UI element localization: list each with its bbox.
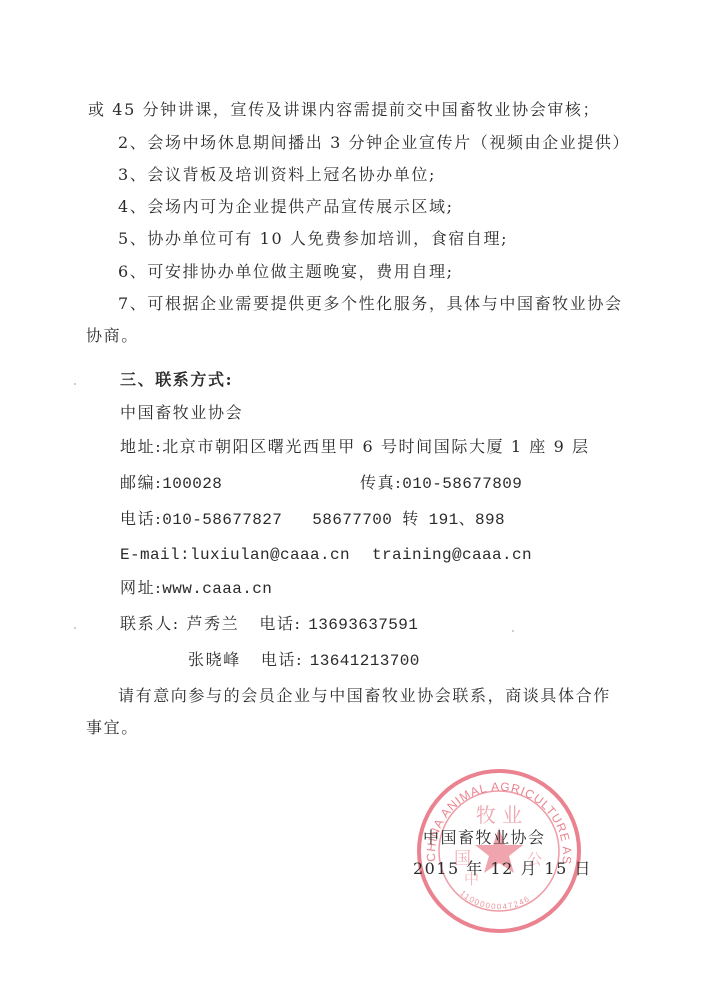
contact-phone-label-1: 电话: (259, 614, 301, 633)
postcode-label: 邮编: (120, 473, 162, 492)
email-row: E-mail:luxiulan@caaa.cn (120, 545, 350, 565)
fax-value: 010-58677809 (402, 475, 522, 493)
signature-date: 2015 年 12 月 15 日 (413, 856, 592, 879)
address-label: 地址: (120, 437, 162, 456)
benefit-item-5: 5、协办单位可有 10 人免费参加培训，食宿自理; (118, 229, 508, 249)
contact-person-row-2: 张晓峰 电话: 13641213700 (188, 650, 420, 671)
website-label: 网址: (120, 578, 162, 597)
fax-label: 传真: (360, 473, 402, 492)
contact-heading: 三、联系方式: (120, 370, 233, 390)
contact-name-1: 芦秀兰 (186, 614, 239, 633)
contact-phone-1: 13693637591 (308, 616, 418, 634)
benefit-item-2: 2、会场中场休息期间播出 3 分钟企业宣传片（视频由企业提供） (118, 133, 630, 153)
phone-value: 010-58677827 58677700 转 191、898 (162, 511, 505, 529)
contact-name-2: 张晓峰 (188, 650, 241, 669)
website-link[interactable]: www.caaa.cn (162, 580, 272, 598)
scan-speck (74, 627, 76, 629)
postcode-row: 邮编:100028 (120, 473, 222, 494)
contact-person-row-1: 联系人: 芦秀兰 电话: 13693637591 (120, 614, 418, 635)
phone-label: 电话: (120, 509, 162, 528)
signature-organization: 中国畜牧业协会 (423, 825, 546, 848)
scan-speck (512, 630, 514, 632)
benefit-item-3: 3、会议背板及培训资料上冠名协办单位; (118, 165, 436, 185)
address-row: 地址:北京市朝阳区曙光西里甲 6 号时间国际大厦 1 座 9 层 (120, 437, 590, 457)
benefit-item-7-wrap: 协商。 (86, 326, 139, 346)
fax-row: 传真:010-58677809 (360, 473, 522, 494)
email-label: E-mail: (120, 546, 190, 564)
postcode-value: 100028 (162, 475, 222, 493)
benefit-item-7: 7、可根据企业需要提供更多个性化服务，具体与中国畜牧业协会 (118, 294, 623, 314)
closing-line-2: 事宜。 (86, 718, 139, 738)
contact-phone-label-2: 电话: (261, 650, 303, 669)
official-seal-stamp: CHINA ANIMAL AGRICULTURE ASSOCIATION 110… (414, 766, 584, 936)
closing-line-1: 请有意向参与的会员企业与中国畜牧业协会联系，商谈具体合作 (118, 686, 611, 706)
continuation-line: 或 45 分钟讲课，宣传及讲课内容需提前交中国畜牧业协会审核； (88, 100, 600, 120)
contacts-label: 联系人: (120, 614, 180, 633)
website-row: 网址:www.caaa.cn (120, 578, 272, 599)
email-link-2[interactable]: training@caaa.cn (372, 545, 532, 565)
seal-icon: CHINA ANIMAL AGRICULTURE ASSOCIATION 110… (414, 766, 584, 936)
contact-phone-2: 13641213700 (310, 652, 420, 670)
contact-organization: 中国畜牧业协会 (120, 403, 243, 423)
address-value: 北京市朝阳区曙光西里甲 6 号时间国际大厦 1 座 9 层 (162, 437, 589, 456)
email-link-1[interactable]: luxiulan@caaa.cn (190, 546, 350, 564)
svg-text:1100000047246: 1100000047246 (458, 889, 532, 912)
benefit-item-6: 6、可安排协办单位做主题晚宴，费用自理; (118, 262, 454, 282)
scan-speck (74, 383, 76, 385)
svg-text:牧 业: 牧 业 (476, 803, 522, 827)
benefit-item-4: 4、会场内可为企业提供产品宣传展示区域; (118, 197, 454, 217)
phone-row: 电话:010-58677827 58677700 转 191、898 (120, 509, 505, 530)
